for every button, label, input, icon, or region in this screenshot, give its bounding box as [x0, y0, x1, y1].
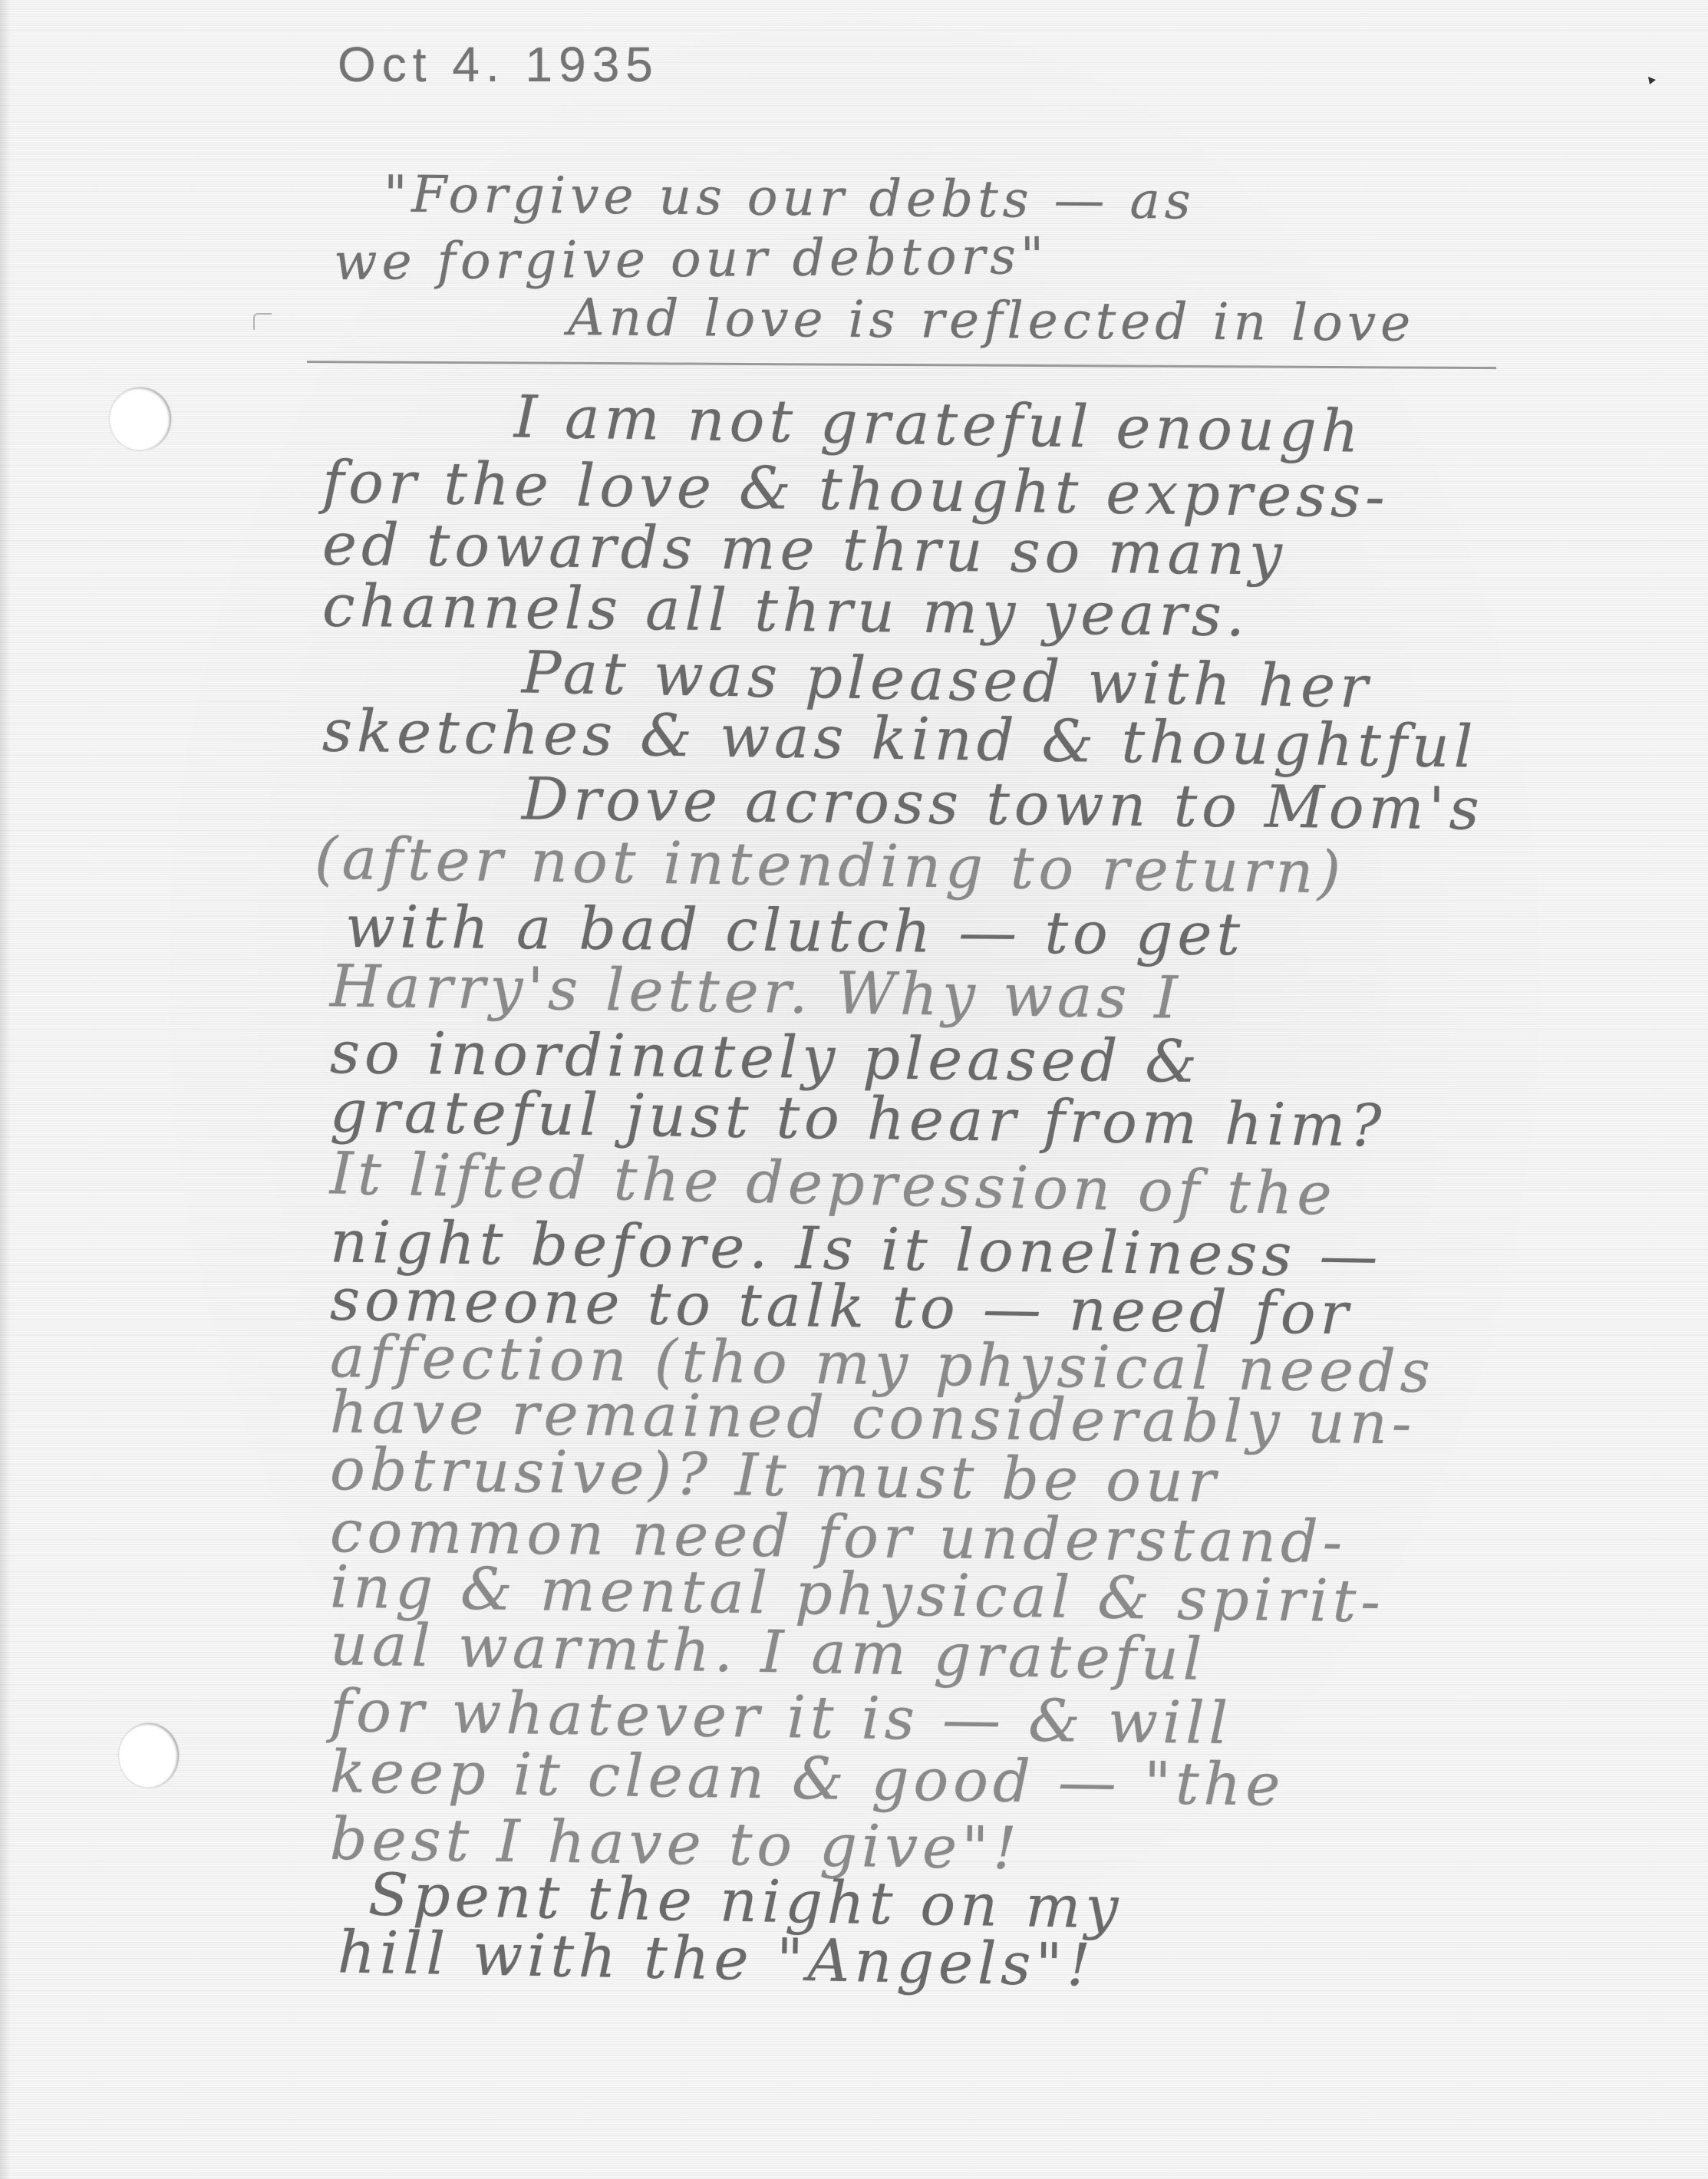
body-line-23: keep it clean & good — "the: [330, 1742, 1285, 1814]
paper-left-edge-shadow: [0, 0, 11, 2179]
body-line-10: Harry's letter. Why was I: [330, 957, 1183, 1027]
punch-hole-bottom: [119, 1723, 179, 1788]
body-line-6: sketches & was kind & thoughtful: [322, 701, 1478, 776]
epigraph-line-3: And love is reflected in love: [568, 292, 1416, 349]
entry-date: Oct 4. 1935: [338, 40, 659, 89]
epigraph-line-2: we forgive our debtors": [334, 231, 1049, 288]
punch-hole-top: [110, 387, 171, 450]
stray-pencil-mark: [253, 313, 272, 330]
body-line-4: channels all thru my years.: [322, 577, 1250, 645]
body-line-8: (after not intending to return): [315, 829, 1346, 902]
body-line-1: I am not grateful enough: [513, 387, 1363, 460]
body-line-26: hill with the "Angels"!: [337, 1923, 1095, 1994]
epigraph-line-1: "Forgive us our debts — as: [384, 169, 1195, 226]
